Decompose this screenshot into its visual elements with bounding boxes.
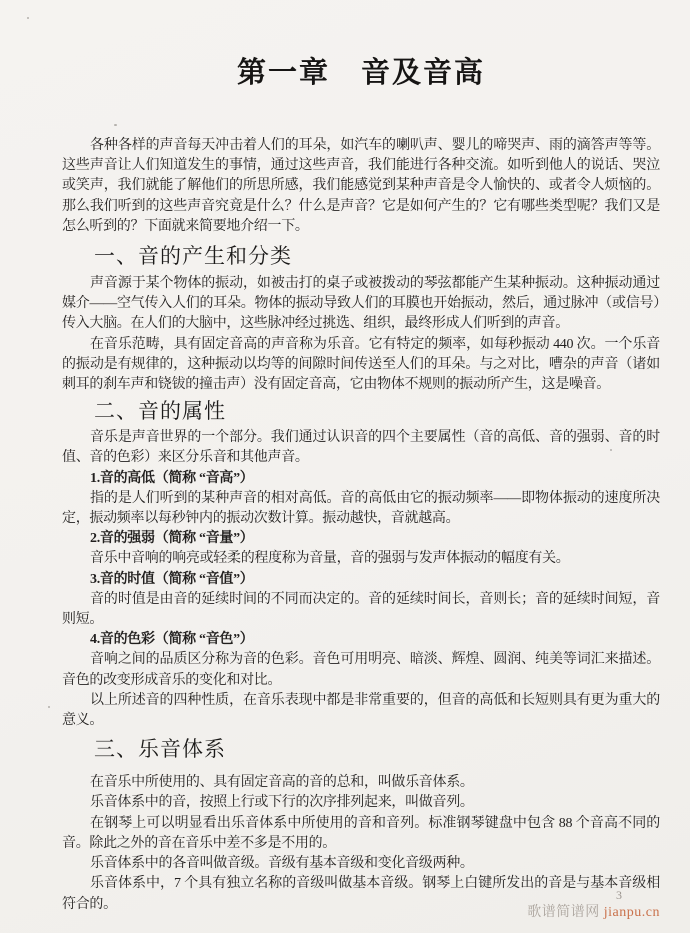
subheading-pitch: 1.音的高低（简称 “音高”） [62, 469, 660, 489]
paragraph-sound-origin: 声音源于某个物体的振动，如被击打的桌子或被拨动的琴弦都能产生某种振动。这种振动通… [62, 274, 660, 335]
paragraph-pitch: 指的是人们听到的某种声音的相对高低。音的高低由它的振动频率——即物体振动的速度所… [62, 489, 660, 529]
section-heading-sound-production: 一、音的产生和分类 [62, 241, 660, 271]
watermark: 歌谱简谱网 jianpu.cn [527, 901, 660, 921]
watermark-site-name: 歌谱简谱网 [527, 905, 600, 920]
section-heading-tone-system: 三、乐音体系 [62, 734, 660, 764]
subheading-volume: 2.音的强弱（简称 “音量”） [62, 529, 660, 549]
chapter-title: 第一章 音及音高 [62, 54, 660, 92]
paragraph-tone-series: 乐音体系中的音，按照上行或下行的次序排列起来，叫做音列。 [62, 793, 660, 813]
page-content: 第一章 音及音高 各种各样的声音每天冲击着人们的耳朵，如汽车的喇叭声、婴儿的啼哭… [62, 0, 660, 915]
intro-paragraph: 各种各样的声音每天冲击着人们的耳朵，如汽车的喇叭声、婴儿的啼哭声、雨的滴答声等等… [62, 136, 660, 237]
paragraph-properties-conclusion: 以上所述音的四种性质，在音乐表现中都是非常重要的，但音的高低和长短则具有更为重大… [62, 691, 660, 731]
paragraph-musical-tone: 在音乐范畴，具有固定音高的声音称为乐音。它有特定的频率，如每秒振动 440 次。… [62, 335, 660, 396]
paragraph-timbre: 音响之间的品质区分称为音的色彩。音色可用明亮、暗淡、辉煌、圆润、纯美等词汇来描述… [62, 650, 660, 690]
paragraph-volume: 音乐中音响的响亮或轻柔的程度称为音量，音的强弱与发声体振动的幅度有关。 [62, 549, 660, 569]
paragraph-piano-keys: 在钢琴上可以明显看出乐音体系中所使用的音和音列。标准钢琴键盘中包含 88 个音高… [62, 814, 660, 854]
subheading-timbre: 4.音的色彩（简称 “音色”） [62, 630, 660, 650]
paragraph-scale-degrees: 乐音体系中的各音叫做音级。音级有基本音级和变化音级两种。 [62, 854, 660, 874]
scanned-book-page: 第一章 音及音高 各种各样的声音每天冲击着人们的耳朵，如汽车的喇叭声、婴儿的啼哭… [0, 0, 690, 933]
paragraph-tone-system-definition: 在音乐中所使用的、具有固定音高的音的总和，叫做乐音体系。 [62, 773, 660, 793]
paragraph-properties-lead: 音乐是声音世界的一个部分。我们通过认识音的四个主要属性（音的高低、音的强弱、音的… [62, 428, 660, 468]
subheading-duration: 3.音的时值（简称 “音值”） [62, 570, 660, 590]
paragraph-duration: 音的时值是由音的延续时间的不同而决定的。音的延续时间长，音则长；音的延续时间短，… [62, 590, 660, 630]
section-heading-sound-properties: 二、音的属性 [62, 396, 660, 426]
scan-speckle [27, 17, 29, 19]
scan-speckle [48, 706, 50, 708]
watermark-url: jianpu.cn [604, 905, 660, 920]
